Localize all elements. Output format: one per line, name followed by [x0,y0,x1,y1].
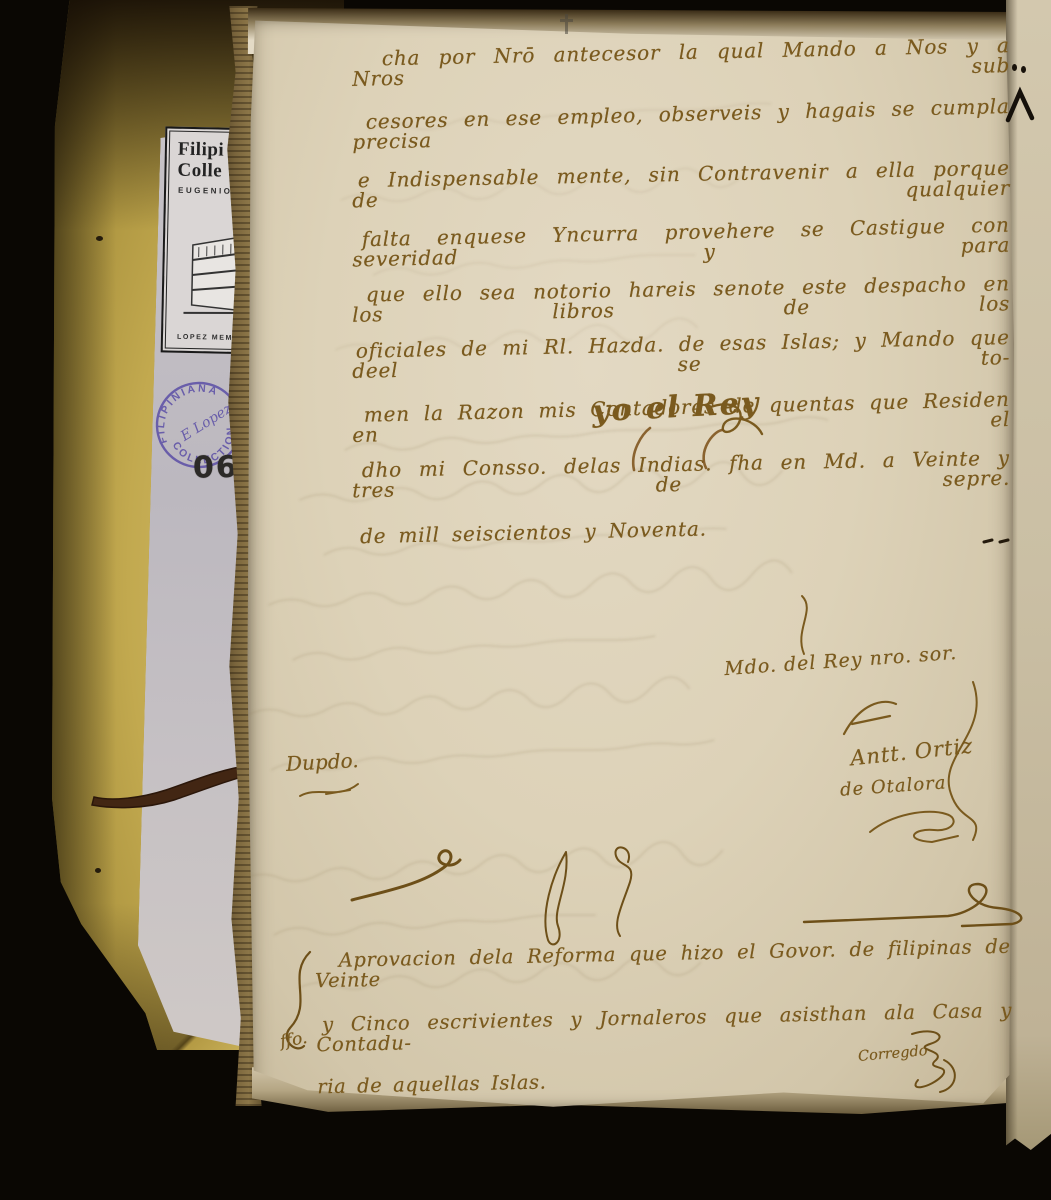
folio-margin-mark: ffo. [279,1028,309,1052]
paraph-middle-1 [534,846,578,950]
manuscript-photo: Filipi Colle EUGENIO LOPEZ MEMORIAL [0,0,1051,1200]
manuscript-line: oficiales de mi Rl. Hazda. de esas Islas… [352,327,1011,381]
vellum-stain [96,236,103,241]
ink-dot-mark [1021,66,1026,73]
margin-note-flourish [296,778,368,804]
manuscript-line: e Indispensable mente, sin Contravenir a… [352,158,1011,211]
manuscript-line: cesores en ese empleo, observeis y hagai… [352,96,1011,152]
secretary-rubric [862,792,972,858]
corrected-rubric [884,1024,968,1100]
manuscript-line: cha por Nrō antecesor la qual Mando a No… [352,35,1011,89]
stitch-mark [982,532,1012,552]
duplicate-margin-note: Dupdo. [285,748,359,776]
next-page-edge [1006,0,1051,1150]
ink-dot-mark [1012,64,1017,71]
vellum-stain [95,868,101,873]
ink-ticks [620,424,750,476]
paraph-right-line [800,878,1050,940]
cross-mark [558,14,574,34]
paraph-middle-2 [598,840,650,940]
caret-mark [1002,88,1042,122]
manuscript-line: que ello sea notorio hareis senote este … [352,273,1011,324]
paraph-left [348,842,472,914]
countersign-flourish [772,592,828,660]
manuscript-line: falta enquese Yncurra provehere se Casti… [352,215,1011,270]
secretary-flourish [838,694,908,740]
